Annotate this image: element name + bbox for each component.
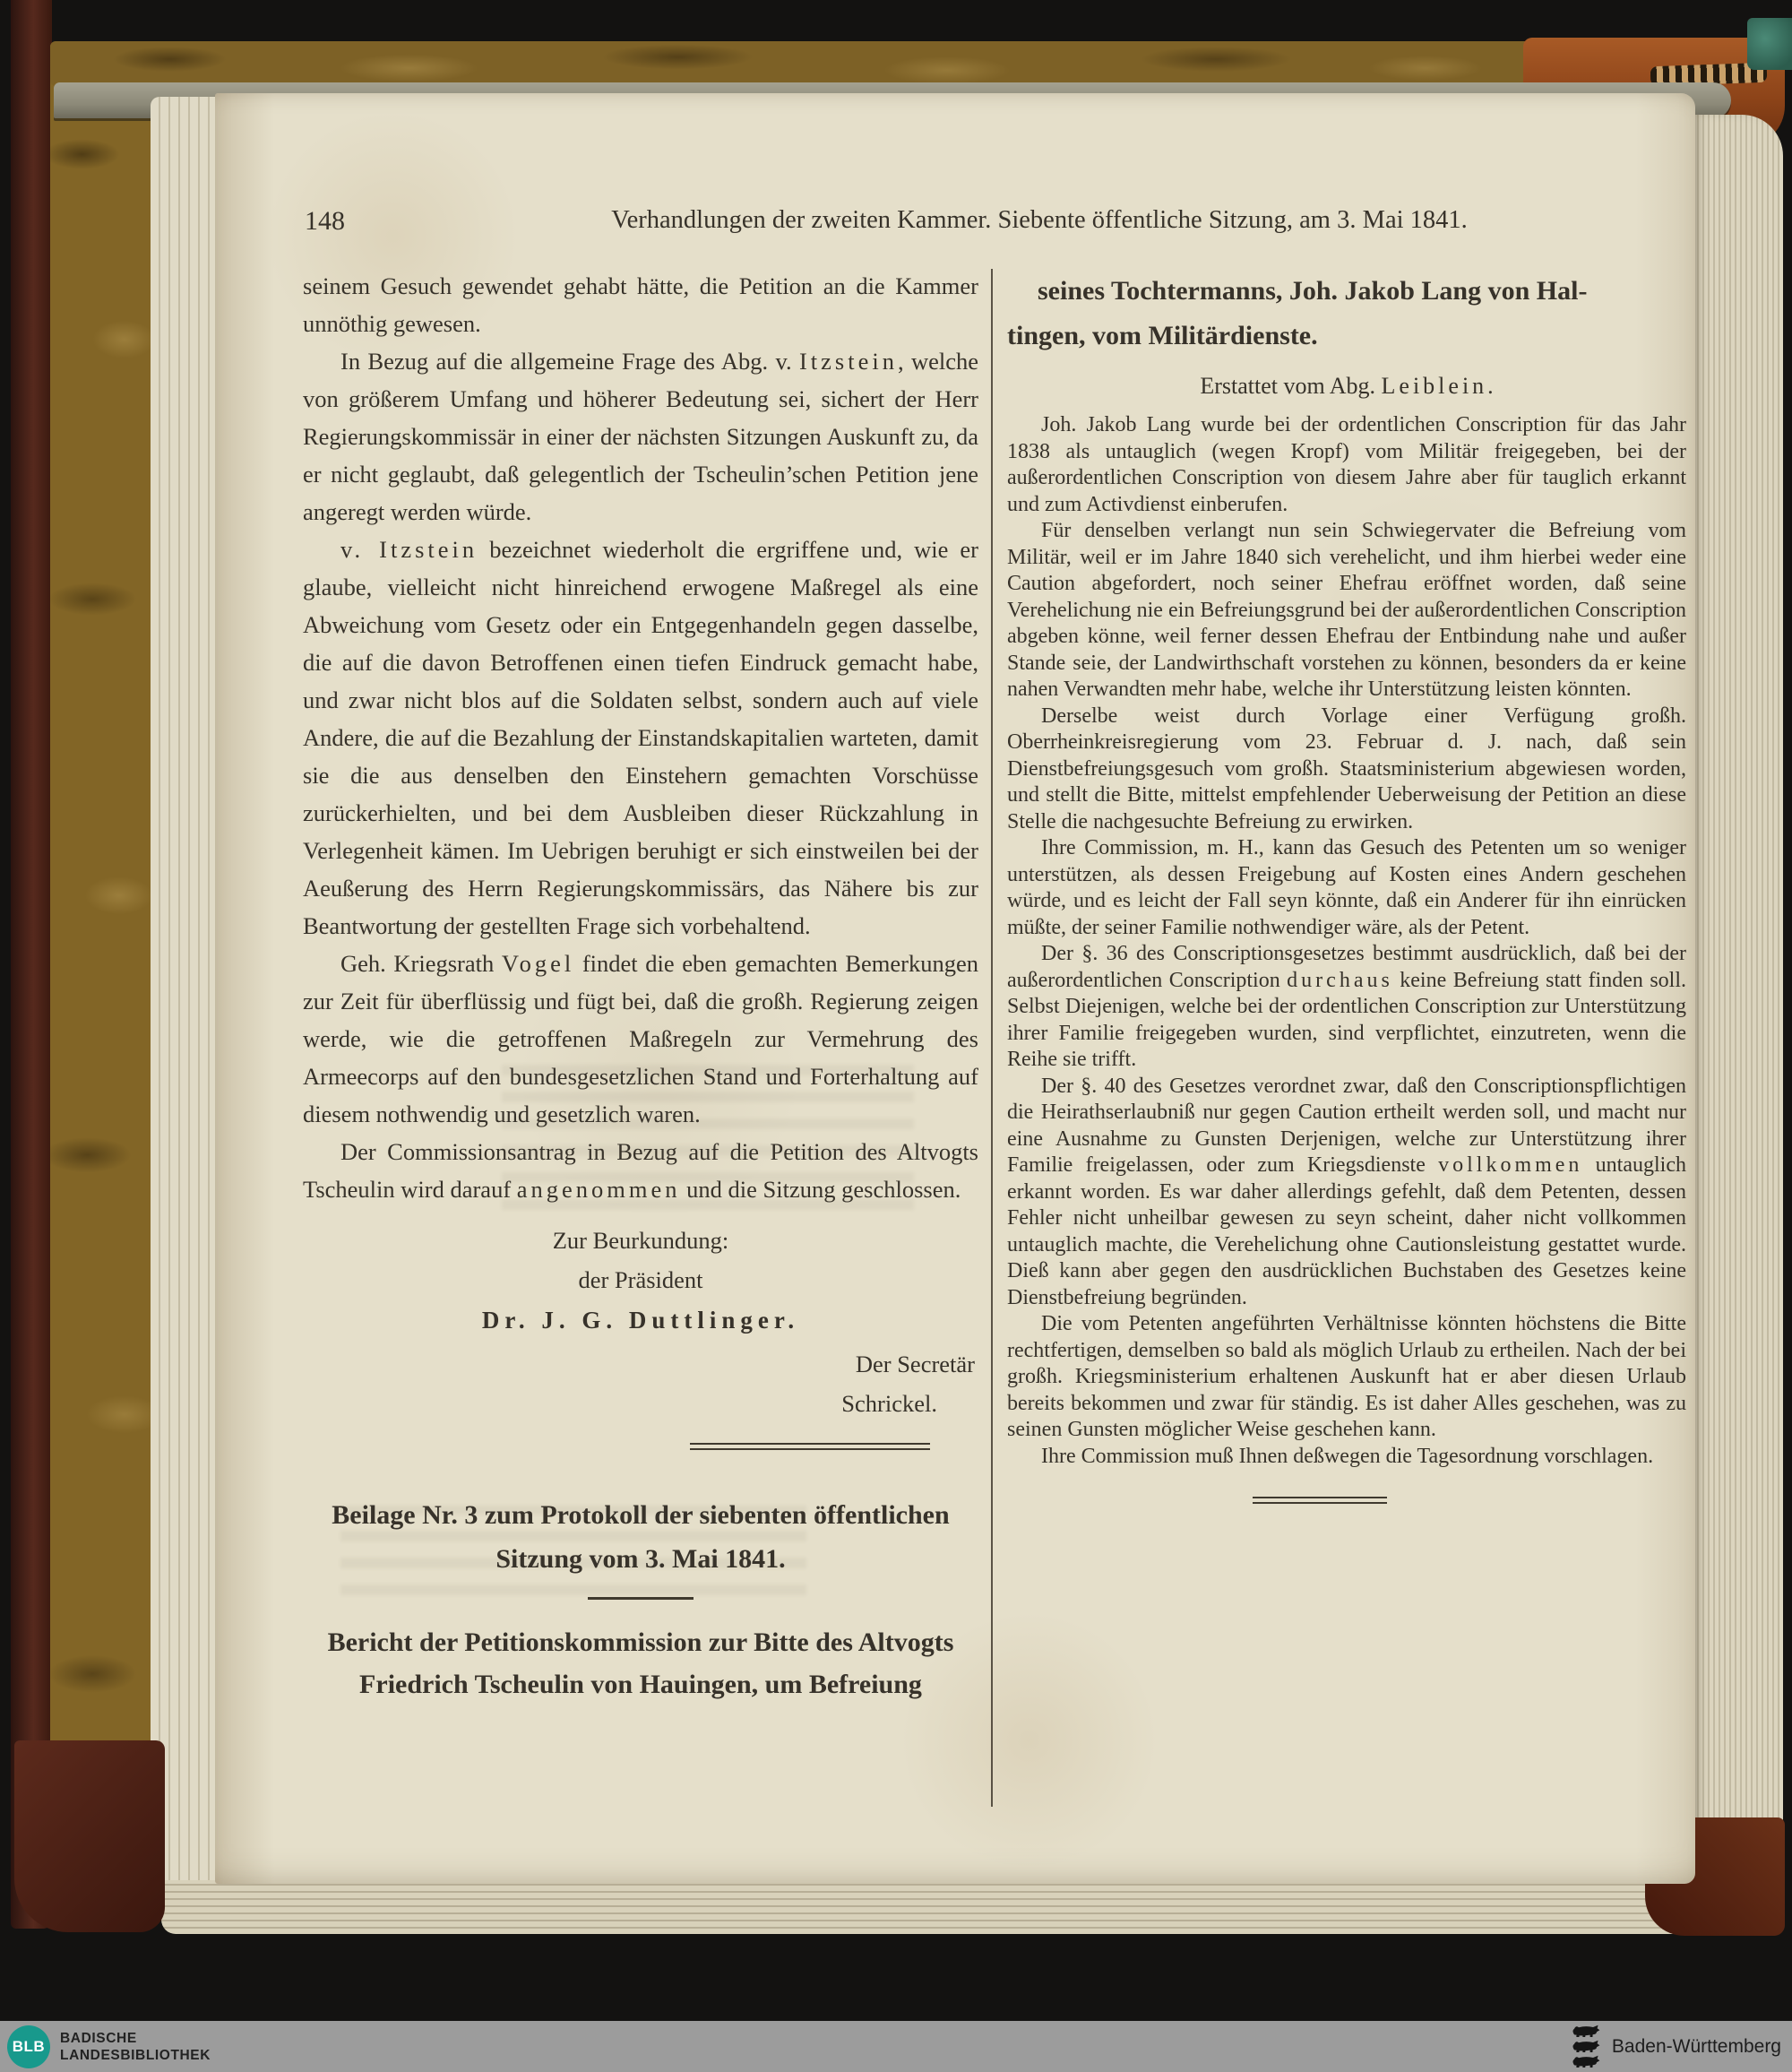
paragraph: v. Itzstein bezeichnet wiederholt die er… — [303, 531, 978, 945]
president-signature: Dr. J. G. Duttlinger. — [303, 1299, 978, 1341]
paragraph: In Bezug auf die allgemeine Frage des Ab… — [303, 342, 978, 531]
appendix-heading: Beilage Nr. 3 zum Protokoll der siebente… — [303, 1493, 978, 1581]
double-rule — [1253, 1497, 1387, 1504]
attestation-line: Zur Beurkundung: — [303, 1221, 978, 1260]
page-edges-left — [151, 97, 219, 1911]
page-edges-bottom — [161, 1880, 1695, 1934]
blb-logo-badge: BLB — [7, 2025, 50, 2068]
library-name: BADISCHE LANDESBIBLIOTHEK — [60, 2030, 211, 2064]
paragraph: Derselbe weist durch Vorlage einer Verfü… — [1007, 704, 1686, 836]
state-logo: Baden-Württemberg — [1572, 2025, 1792, 2069]
paragraph: Ihre Commission, m. H., kann das Gesuch … — [1007, 835, 1686, 941]
secretary-signature: Schrickel. — [303, 1384, 978, 1423]
paragraph: Für denselben verlangt nun sein Schwiege… — [1007, 518, 1686, 704]
short-rule — [588, 1597, 694, 1600]
paragraph: seinem Gesuch gewendet gehabt hätte, die… — [303, 267, 978, 342]
report-heading: Bericht der Petitionskommission zur Bitt… — [303, 1621, 978, 1705]
running-title: Verhandlungen der zweiten Kammer. Sieben… — [430, 206, 1649, 235]
double-rule — [690, 1443, 930, 1450]
page-number: 148 — [305, 206, 345, 237]
page-fore-edge-right — [1693, 115, 1783, 1864]
right-column: seines Tochtermanns, Joh. Jakob Lang von… — [1007, 269, 1686, 1504]
paragraph: Ihre Commission muß Ihnen deßwegen die T… — [1007, 1444, 1686, 1471]
paragraph: Der §. 40 des Gesetzes verordnet zwar, d… — [1007, 1074, 1686, 1312]
column-divider-rule — [991, 269, 993, 1807]
bw-lions-icon — [1572, 2025, 1600, 2069]
paragraph: Joh. Jakob Lang wurde bei der ordentlich… — [1007, 412, 1686, 518]
library-logo: BLB BADISCHE LANDESBIBLIOTHEK — [0, 2025, 211, 2068]
book-cover-marbled-left — [50, 43, 156, 1896]
paragraph: Der Commissionsantrag in Bezug auf die P… — [303, 1133, 978, 1208]
paragraph: Geh. Kriegsrath Vogel findet die eben ge… — [303, 945, 978, 1133]
book-cover-marbled-top — [50, 41, 1545, 86]
paragraph: Der §. 36 des Conscriptionsgesetzes best… — [1007, 941, 1686, 1074]
book-cover-left-edge — [11, 0, 52, 1929]
attestation-line: der Präsident — [303, 1260, 978, 1299]
reporter-line: Erstattet vom Abg. Leiblein. — [1007, 373, 1686, 400]
state-name: Baden-Württemberg — [1612, 2036, 1781, 2058]
paragraph: Die vom Petenten angeführten Verhältniss… — [1007, 1311, 1686, 1444]
book-scan-photo: 148 Verhandlungen der zweiten Kammer. Si… — [0, 0, 1792, 2021]
secretary-label: Der Secretär — [303, 1344, 978, 1384]
viewer-footer-band: BLB BADISCHE LANDESBIBLIOTHEK Baden-Würt… — [0, 2021, 1792, 2072]
leather-corner-bottom-left — [14, 1740, 165, 1932]
report-heading-continuation: seines Tochtermanns, Joh. Jakob Lang von… — [1007, 269, 1686, 358]
facing-cover-corner — [1747, 18, 1792, 70]
left-column: seinem Gesuch gewendet gehabt hätte, die… — [303, 267, 978, 1705]
